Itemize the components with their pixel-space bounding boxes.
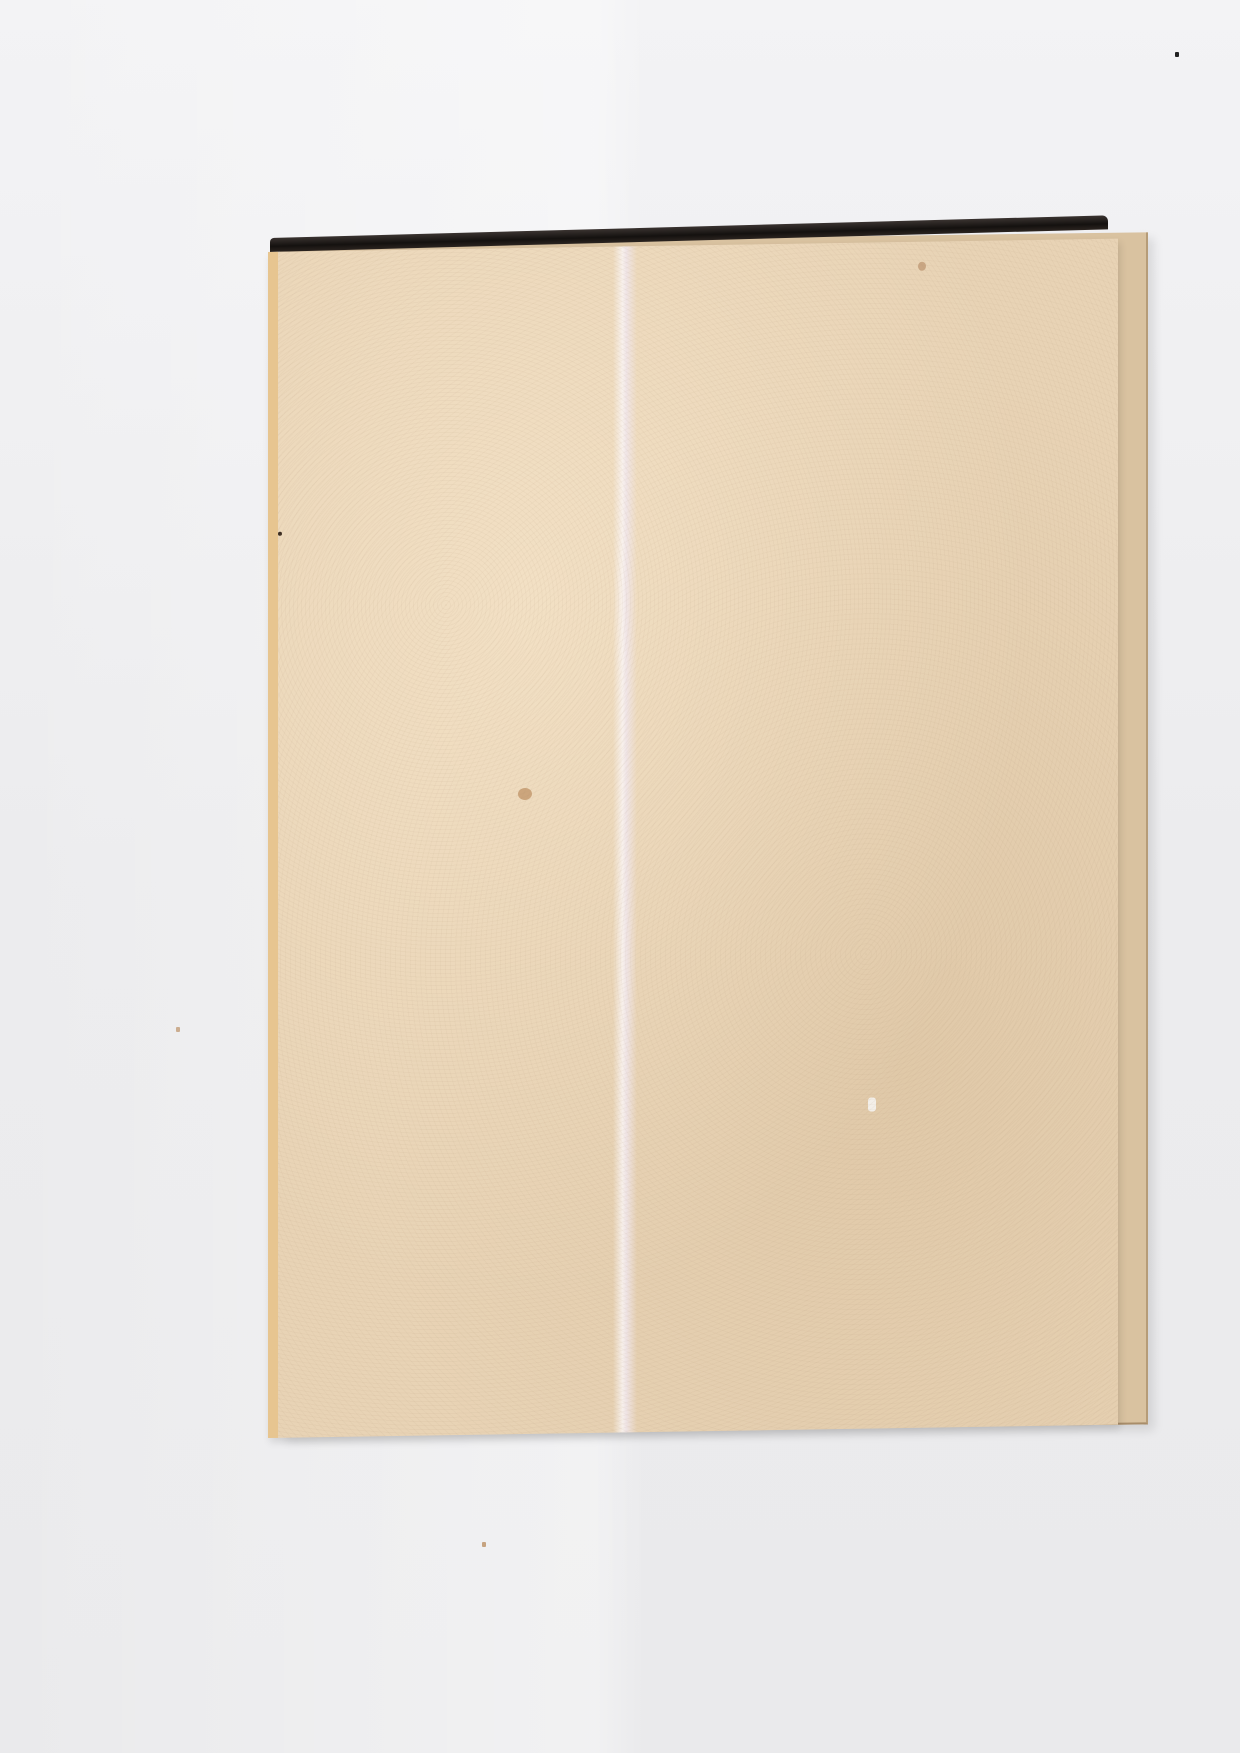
fold-light-streak (613, 246, 637, 1432)
booklet (0, 0, 1240, 1753)
stain-mark (918, 262, 926, 271)
booklet-cover (268, 239, 1118, 1438)
ink-dot (278, 532, 282, 536)
stain-mark (518, 788, 532, 800)
scan-speck (482, 1542, 486, 1547)
scan-speck (176, 1027, 180, 1032)
paper-tear (868, 1097, 876, 1111)
scan-speck (1175, 52, 1179, 57)
